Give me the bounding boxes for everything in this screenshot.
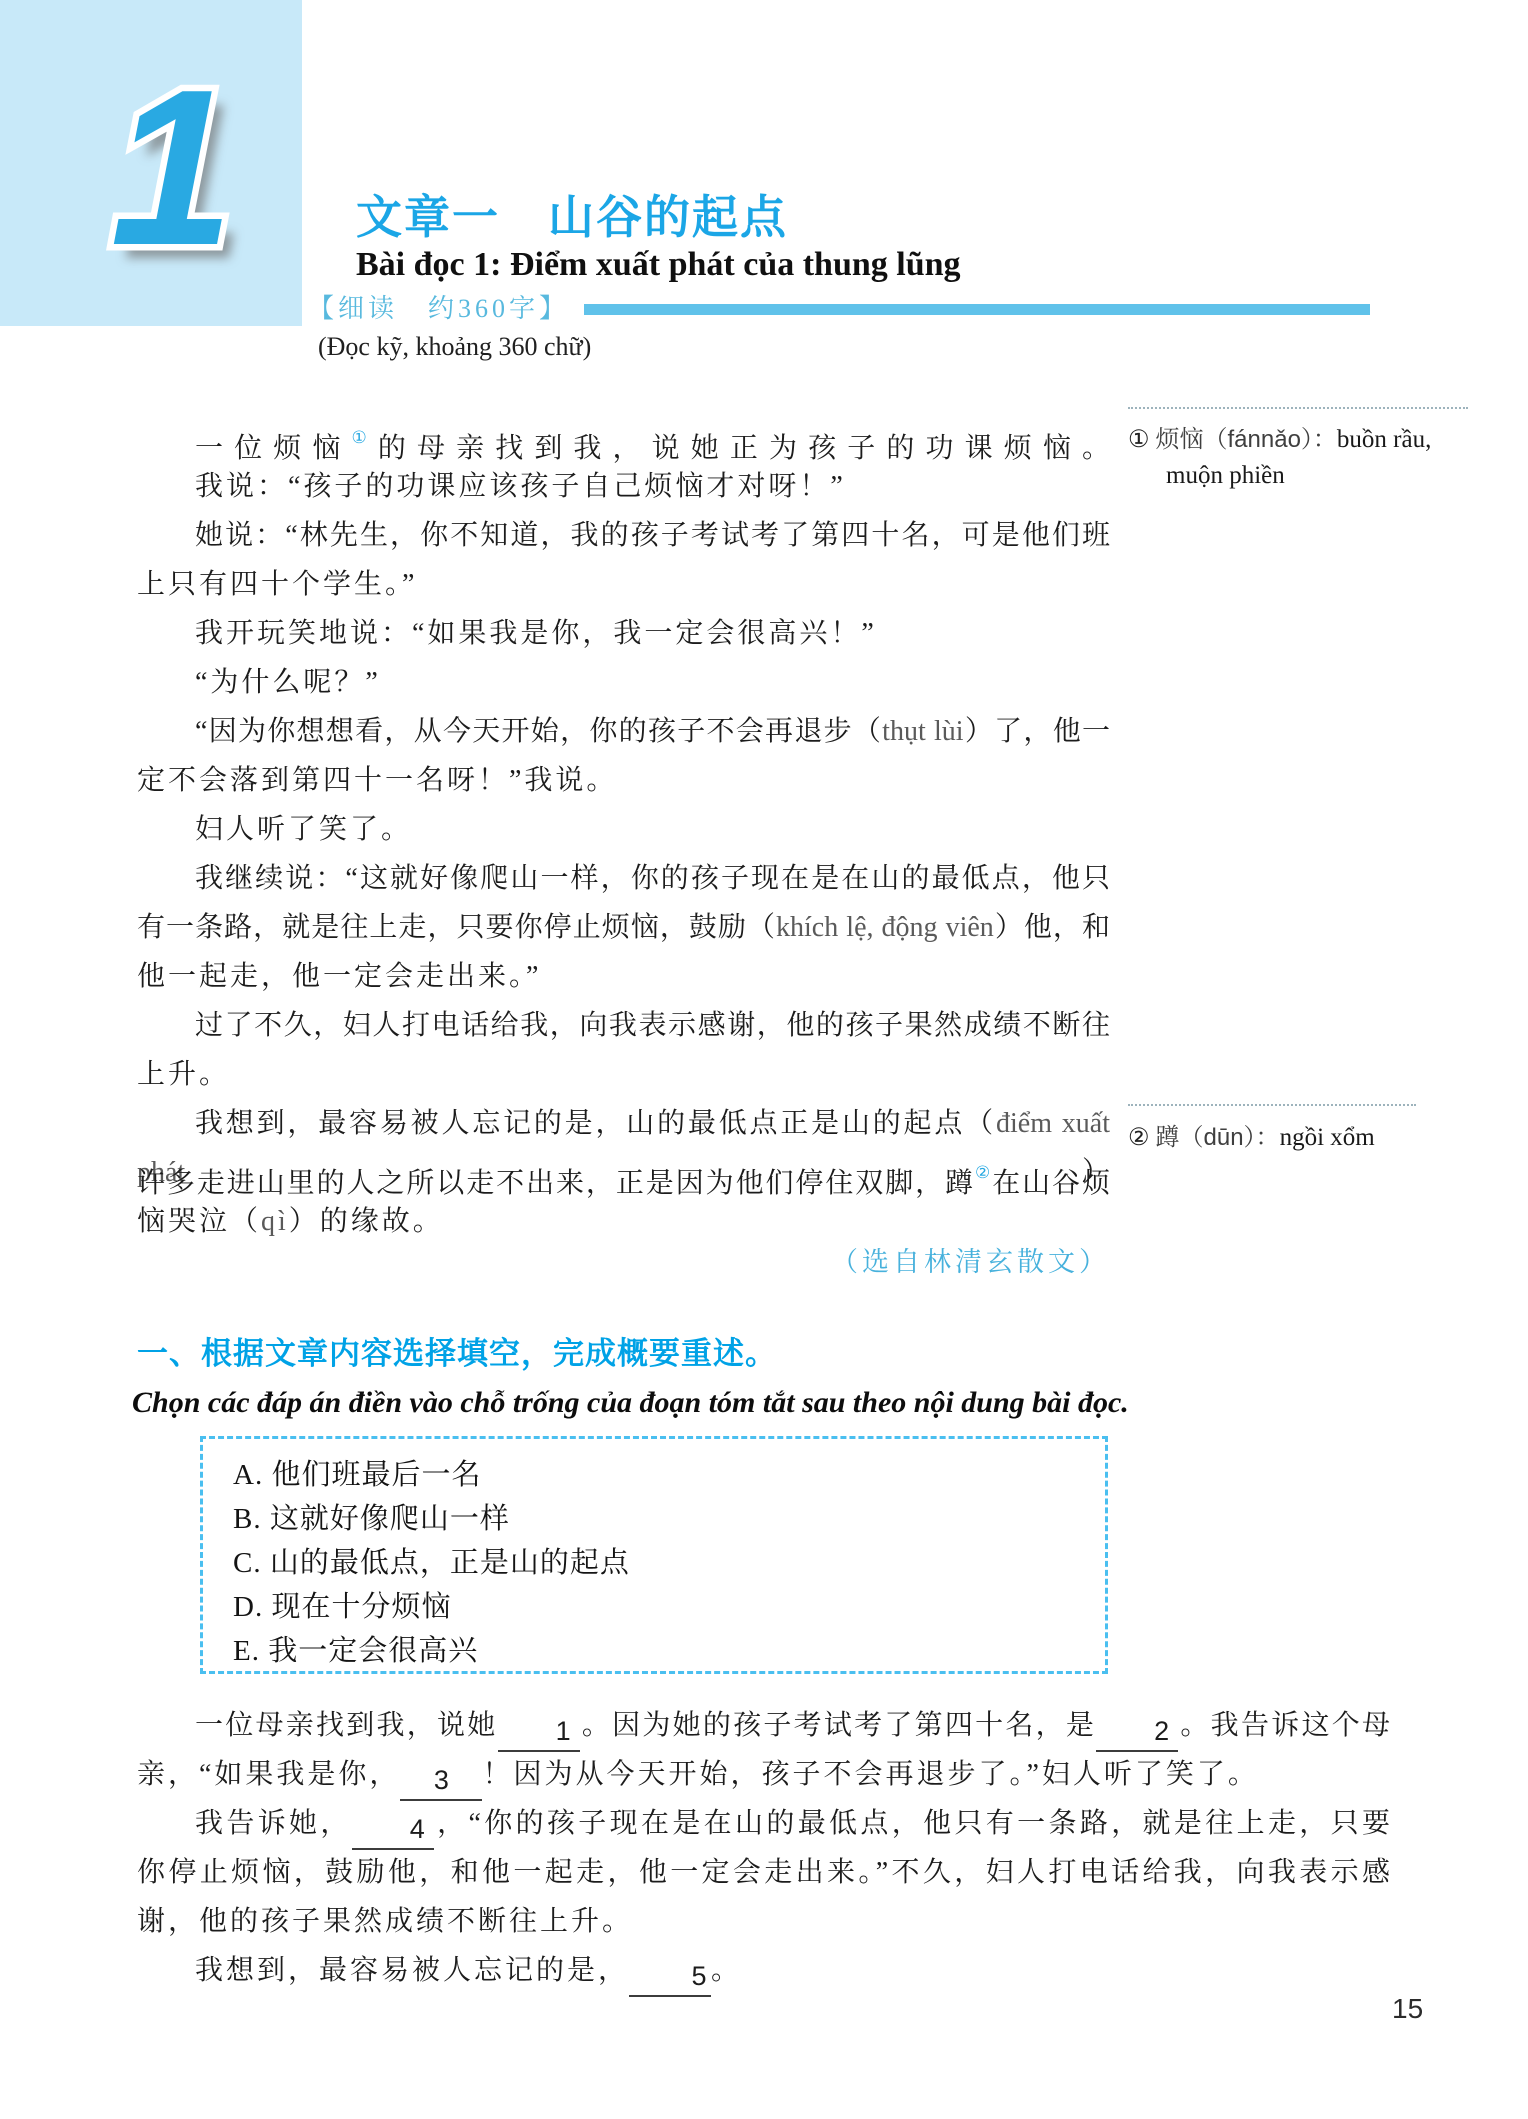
summary-line: 我想到，最容易被人忘记的是，5。 <box>137 1946 1390 1995</box>
passage-line: 上升。 <box>137 1050 1110 1099</box>
passage-line: 定不会落到第四十一名呀！”我说。 <box>137 756 1110 805</box>
passage-line: 我继续说：“这就好像爬山一样，你的孩子现在是在山的最低点，他只 <box>137 854 1110 903</box>
summary-line: 你停止烦恼，鼓励他，和他一起走，他一定会走出来。”不久，妇人打电话给我，向我表示… <box>137 1848 1390 1897</box>
passage-text: ）的缘故。 <box>289 1206 444 1237</box>
summary-text: 。 <box>711 1955 742 1986</box>
page-title-zh: 文章一 山谷的起点 <box>356 190 788 244</box>
margin-note-1: ① 烦恼（fánnǎo）：buồn rầu, muộn phiền <box>1128 422 1478 494</box>
latin-gloss: thụt lùi <box>882 716 963 747</box>
latin-gloss: qì <box>261 1206 289 1237</box>
reading-passage: 一位烦恼①的母亲找到我，说她正为孩子的功课烦恼。 我说：“孩子的功课应该孩子自己… <box>137 413 1110 1246</box>
blank-5[interactable]: 5 <box>629 1953 711 1997</box>
note-divider-1 <box>1128 407 1468 409</box>
passage-line: 一位烦恼①的母亲找到我，说她正为孩子的功课烦恼。 <box>137 413 1110 462</box>
passage-line: 过了不久，妇人打电话给我，向我表示感谢，他的孩子果然成绩不断往 <box>137 1001 1110 1050</box>
blank-4[interactable]: 4 <box>352 1806 434 1850</box>
note-term: 烦恼（fánnǎo）： <box>1156 426 1337 453</box>
summary-text: 。我告诉这个母 <box>1178 1710 1390 1741</box>
passage-line: 恼哭泣（qì）的缘故。 <box>137 1197 1110 1246</box>
page-title-vi: Bài đọc 1: Điểm xuất phát của thung lũng <box>356 244 961 286</box>
passage-line: 我想到，最容易被人忘记的是，山的最低点正是山的起点（điểm xuất phát… <box>137 1099 1110 1148</box>
summary-line: 谢，他的孩子果然成绩不断往上升。 <box>137 1897 1390 1946</box>
summary-text: ！因为从今天开始，孩子不会再退步了。”妇人听了笑了。 <box>482 1759 1258 1790</box>
summary-text: 亲，“如果我是你， <box>137 1759 400 1790</box>
note-translation: ngồi xổm <box>1280 1124 1375 1151</box>
option-c: C. 山的最低点，正是山的起点 <box>233 1541 1105 1585</box>
option-d: D. 现在十分烦恼 <box>233 1585 1105 1629</box>
exercise-instruction-vi: Chọn các đáp án điền vào chỗ trống của đ… <box>132 1384 1129 1422</box>
passage-line: 她说：“林先生，你不知道，我的孩子考试考了第四十名，可是他们班 <box>137 511 1110 560</box>
summary-text: 我想到，最容易被人忘记的是， <box>195 1955 629 1986</box>
margin-note-2: ② 蹲（dūn）：ngồi xổm <box>1128 1120 1478 1156</box>
passage-line: 上只有四十个学生。” <box>137 560 1110 609</box>
note-translation: buồn rầu, <box>1337 426 1431 453</box>
summary-text: 我告诉她， <box>195 1808 352 1839</box>
summary-line: 一位母亲找到我，说她1。因为她的孩子考试考了第四十名，是2。我告诉这个母 <box>137 1701 1390 1750</box>
option-e: E. 我一定会很高兴 <box>233 1629 1105 1673</box>
blank-3[interactable]: 3 <box>400 1757 482 1801</box>
chapter-number: 1 1 <box>46 36 298 300</box>
passage-line: 许多走进山里的人之所以走不出来，正是因为他们停住双脚，蹲②在山谷烦 <box>137 1148 1110 1197</box>
header-rule <box>584 304 1370 315</box>
passage-text: 我想到，最容易被人忘记的是，山的最低点正是山的起点（ <box>195 1108 996 1139</box>
exercise-heading: 一、根据文章内容选择填空，完成概要重述。 <box>137 1334 777 1374</box>
passage-text: ）了，他一 <box>964 716 1110 747</box>
passage-line: 我开玩笑地说：“如果我是你，我一定会很高兴！” <box>137 609 1110 658</box>
margin-note-line: ② 蹲（dūn）：ngồi xổm <box>1128 1120 1478 1156</box>
summary-line: 我告诉她，4，“你的孩子现在是在山的最低点，他只有一条路，就是往上走，只要 <box>137 1799 1390 1848</box>
blank-2[interactable]: 2 <box>1096 1708 1178 1752</box>
note-term: 蹲（dūn）： <box>1156 1124 1280 1151</box>
page-number: 15 <box>1392 1992 1423 2026</box>
latin-gloss: khích lệ, động viên <box>776 912 994 943</box>
passage-line: 妇人听了笑了。 <box>137 805 1110 854</box>
reading-tag-vi: (Đọc kỹ, khoảng 360 chữ) <box>318 330 591 364</box>
summary-text: ，“你的孩子现在是在山的最低点，他只有一条路，就是往上走，只要 <box>434 1808 1390 1839</box>
chapter-number-fill: 1 <box>46 36 298 300</box>
passage-line: “为什么呢？” <box>137 658 1110 707</box>
margin-note-line: muộn phiền <box>1128 458 1478 494</box>
footnote-marker-1: ① <box>351 428 377 447</box>
note-number-2: ② <box>1128 1124 1150 1151</box>
passage-text: ）他，和 <box>994 912 1110 943</box>
footnote-marker-2: ② <box>975 1163 992 1182</box>
summary-paragraph: 一位母亲找到我，说她1。因为她的孩子考试考了第四十名，是2。我告诉这个母 亲，“… <box>137 1701 1390 1995</box>
margin-note-line: ① 烦恼（fánnǎo）：buồn rầu, <box>1128 422 1478 458</box>
passage-text: 的母亲找到我，说她正为孩子的功课烦恼。 <box>378 433 1110 464</box>
passage-text: 许多走进山里的人之所以走不出来，正是因为他们停住双脚，蹲 <box>137 1168 975 1199</box>
summary-text: 。因为她的孩子考试考了第四十名，是 <box>580 1710 1097 1741</box>
summary-text: 一位母亲找到我，说她 <box>195 1710 498 1741</box>
passage-line: “因为你想想看，从今天开始，你的孩子不会再退步（thụt lùi）了，他一 <box>137 707 1110 756</box>
passage-text: “因为你想想看，从今天开始，你的孩子不会再退步（ <box>195 716 882 747</box>
passage-text: 在山谷烦 <box>992 1168 1110 1199</box>
note-number-1: ① <box>1128 426 1150 453</box>
options-list: A. 他们班最后一名 B. 这就好像爬山一样 C. 山的最低点，正是山的起点 D… <box>203 1439 1105 1673</box>
passage-text: 一位烦恼 <box>195 433 351 464</box>
passage-line: 他一起走，他一定会走出来。” <box>137 952 1110 1001</box>
source-attribution: （选自林清玄散文） <box>137 1240 1110 1284</box>
option-a: A. 他们班最后一名 <box>233 1453 1105 1497</box>
summary-line: 亲，“如果我是你，3！因为从今天开始，孩子不会再退步了。”妇人听了笑了。 <box>137 1750 1390 1799</box>
reading-tag: 【细读 约360字】 <box>308 292 569 326</box>
note-divider-2 <box>1128 1104 1416 1106</box>
options-box: A. 他们班最后一名 B. 这就好像爬山一样 C. 山的最低点，正是山的起点 D… <box>200 1436 1108 1674</box>
blank-1[interactable]: 1 <box>498 1708 580 1752</box>
passage-text: 有一条路，就是往上走，只要你停止烦恼，鼓励（ <box>137 912 776 943</box>
passage-line: 有一条路，就是往上走，只要你停止烦恼，鼓励（khích lệ, động viê… <box>137 903 1110 952</box>
option-b: B. 这就好像爬山一样 <box>233 1497 1105 1541</box>
passage-text: 恼哭泣（ <box>137 1206 261 1237</box>
passage-line: 我说：“孩子的功课应该孩子自己烦恼才对呀！” <box>137 462 1110 511</box>
note-translation: muộn phiền <box>1166 462 1285 489</box>
